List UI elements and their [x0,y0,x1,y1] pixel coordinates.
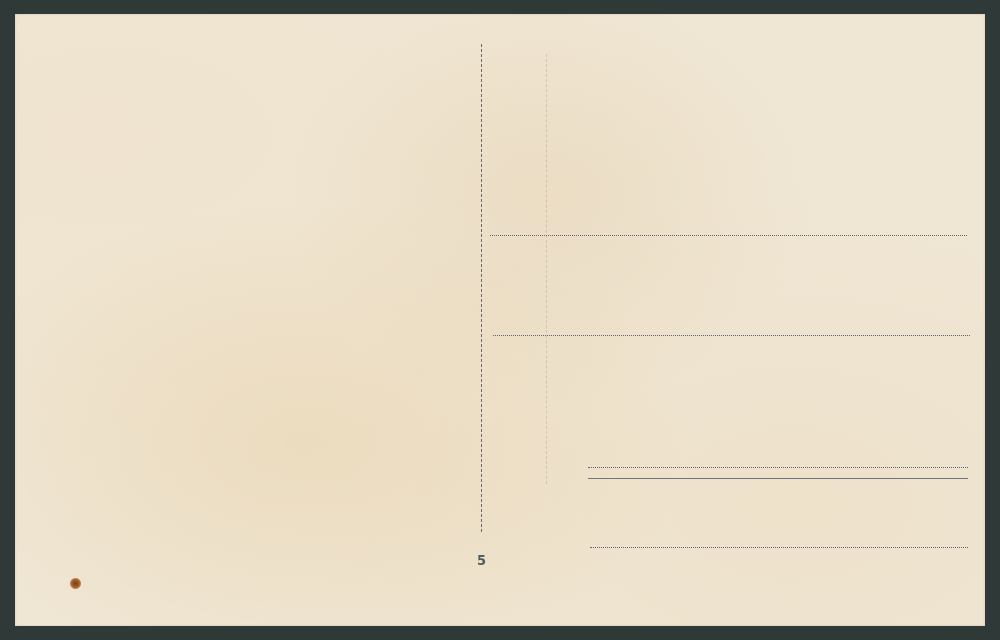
address-line-3-underline [588,478,968,479]
address-line-3 [588,467,968,468]
faint-show-through-line [546,54,547,484]
address-line-4 [590,547,968,548]
foxing-stain [70,578,81,589]
postcard-back: 5 [15,14,985,626]
address-line-1 [490,235,967,236]
center-divider-line [481,44,482,532]
printer-mark: 5 [477,554,486,569]
address-line-2 [493,335,970,336]
